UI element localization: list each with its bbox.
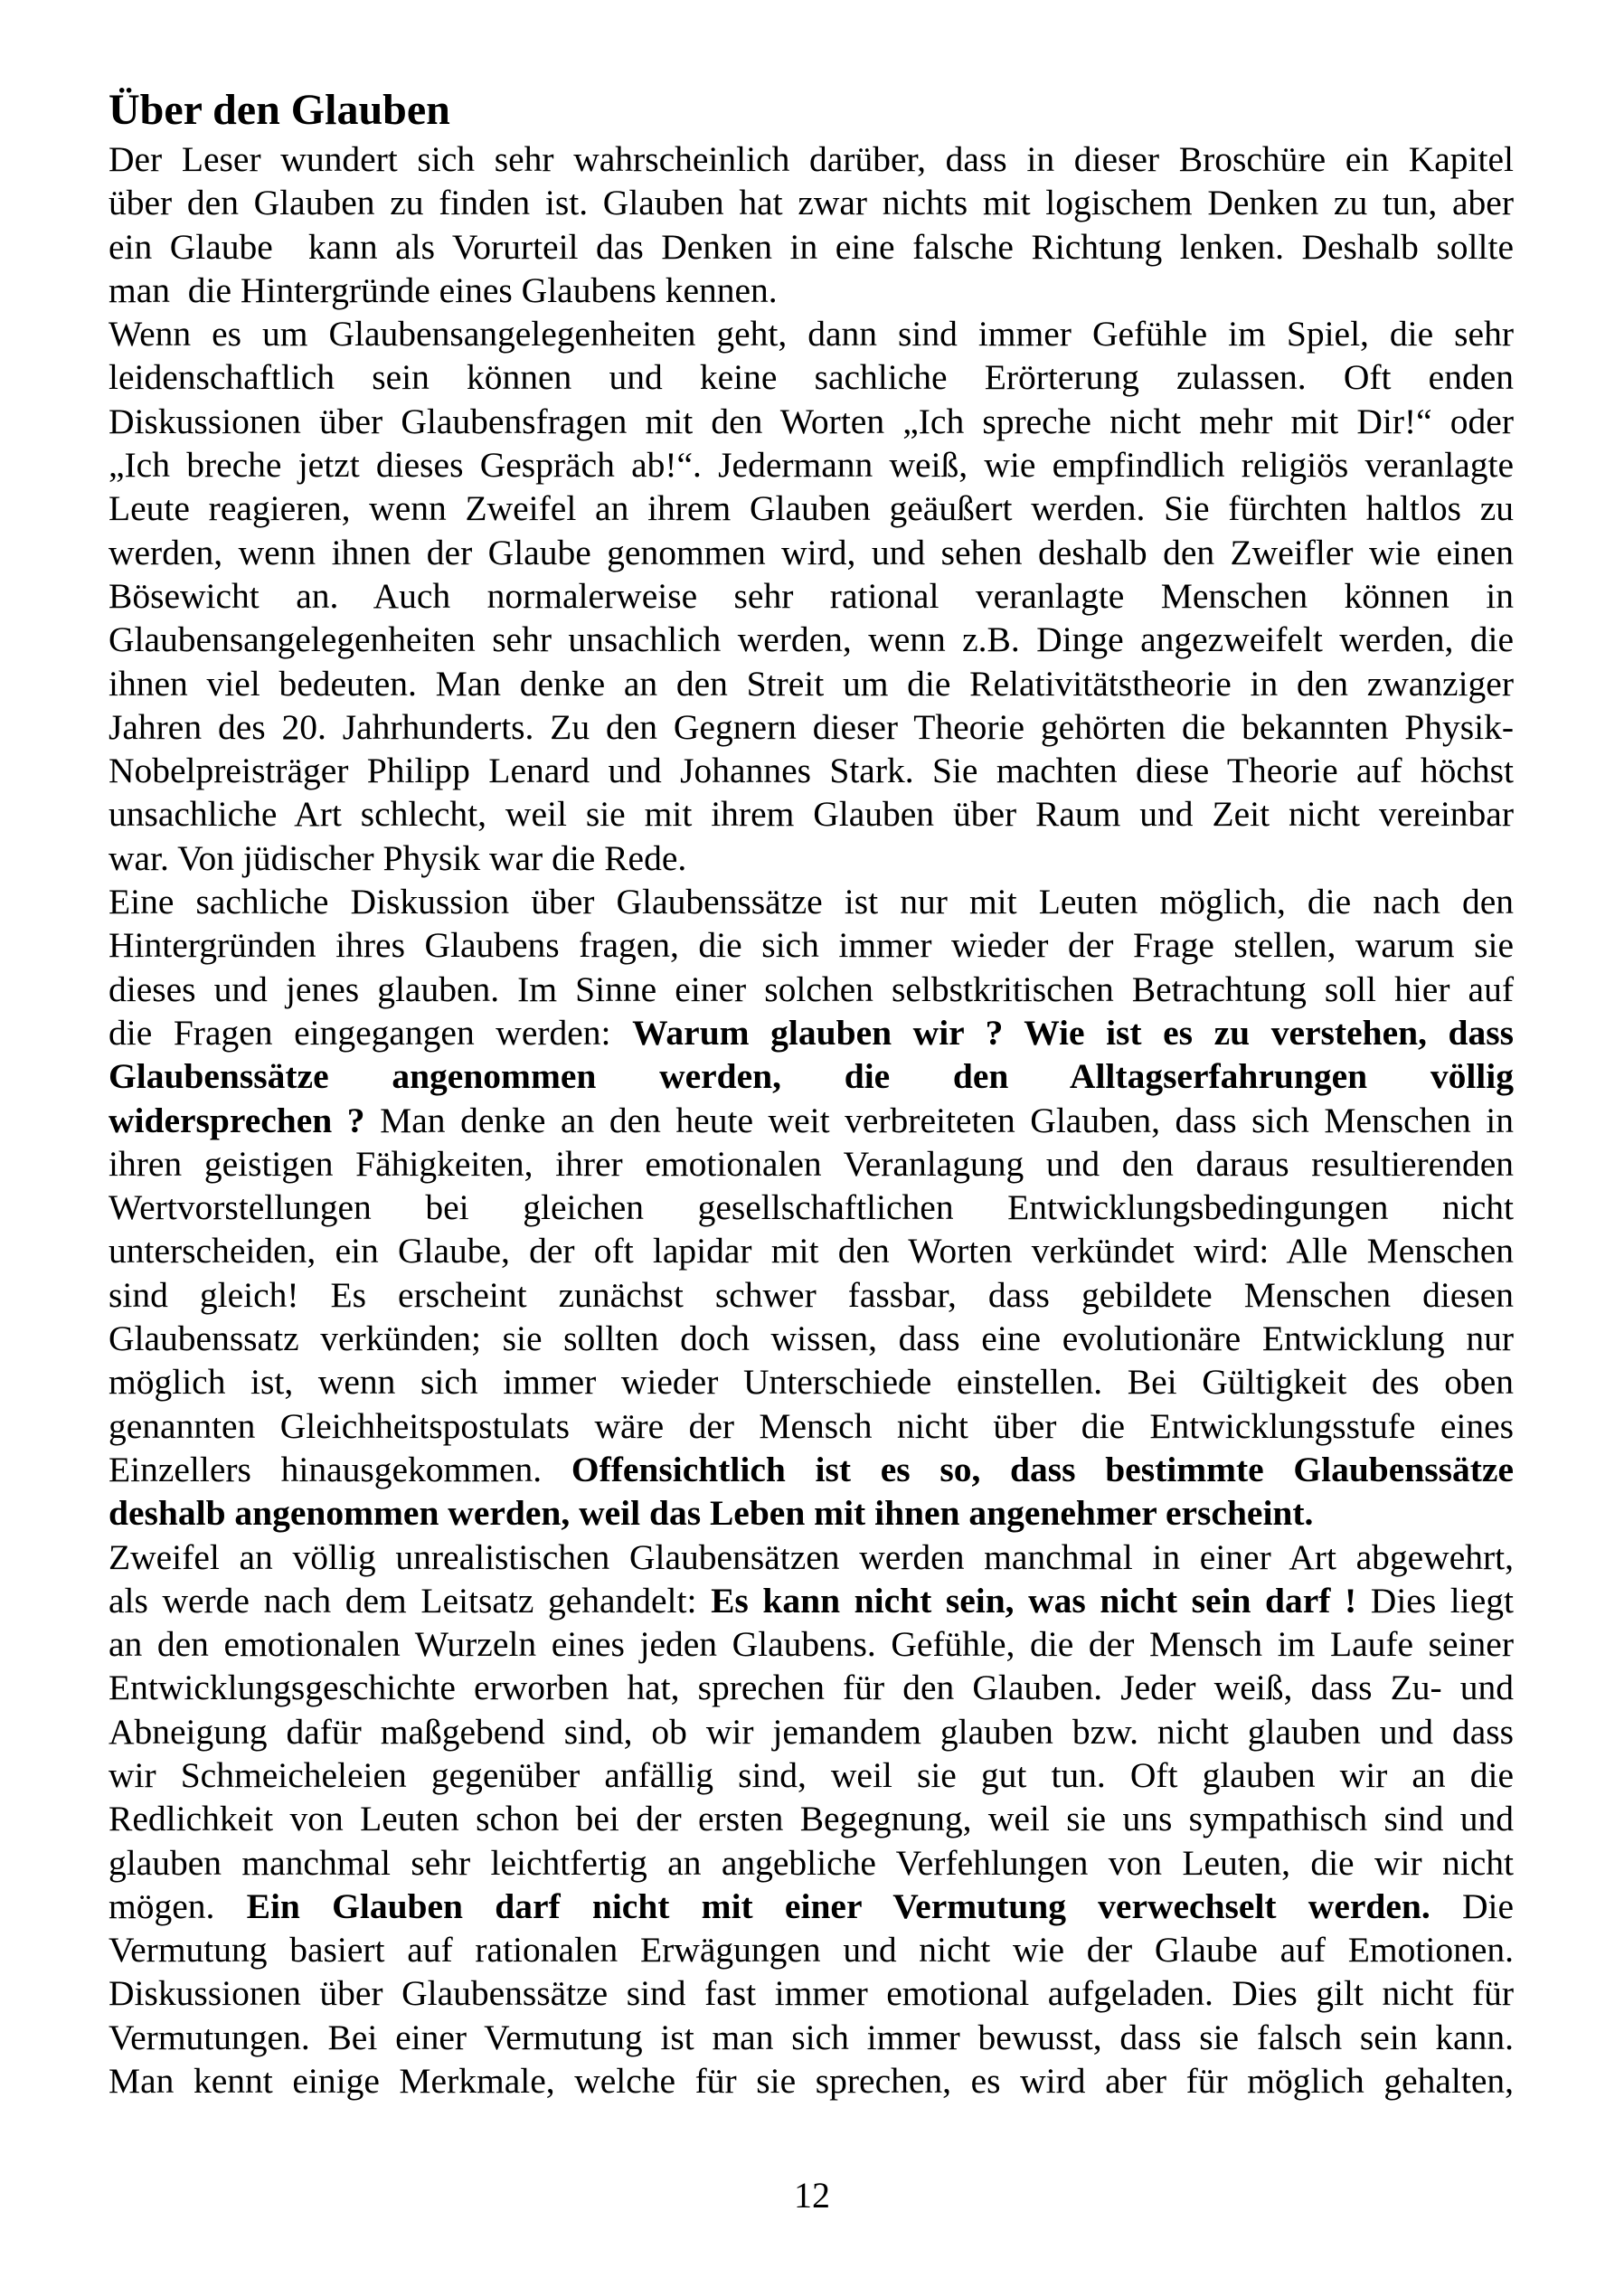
text-segment: „Ich breche jetzt dieses Gespräch ab!“. … [109, 445, 1514, 485]
text-segment: Vermutungen. Bei einer Vermutung ist man… [109, 2018, 1514, 2057]
text-line: glauben manchmal sehr leichtfertig an an… [109, 1841, 1514, 1885]
text-segment: Diskussionen über Glaubenssätze sind fas… [109, 1973, 1514, 2013]
text-line: ihnen viel bedeuten. Man denke an den St… [109, 662, 1514, 705]
text-line: unterscheiden, ein Glaube, der oft lapid… [109, 1229, 1514, 1272]
text-segment: dieses und jenes glauben. Im Sinne einer… [109, 969, 1514, 1009]
text-segment: Vermutung basiert auf rationalen Erwägun… [109, 1930, 1514, 1970]
text-segment: leidenschaftlich sein können und keine s… [109, 357, 1514, 397]
text-segment: Bösewicht an. Auch normalerweise sehr ra… [109, 576, 1514, 616]
text-line: Wertvorstellungen bei gleichen gesellsch… [109, 1186, 1514, 1229]
text-segment: Abneigung dafür maßgebend sind, ob wir j… [109, 1712, 1514, 1752]
text-segment: Entwicklungsgeschichte erworben hat, spr… [109, 1668, 1514, 1707]
page-title: Über den Glauben [109, 83, 450, 137]
text-segment: Nobelpreisträger Philipp Lenard und Joha… [109, 751, 1514, 790]
text-segment: ein Glaube kann als Vorurteil das Denken… [109, 227, 1514, 267]
text-segment: sind gleich! Es erscheint zunächst schwe… [109, 1275, 1514, 1315]
text-line: sind gleich! Es erscheint zunächst schwe… [109, 1273, 1514, 1317]
text-line: unsachliche Art schlecht, weil sie mit i… [109, 792, 1514, 836]
text-line: Vermutung basiert auf rationalen Erwägun… [109, 1928, 1514, 1971]
text-line: ein Glaube kann als Vorurteil das Denken… [109, 225, 1514, 269]
text-line: war. Von jüdischer Physik war die Rede. [109, 836, 1514, 880]
text-line: mögen. Ein Glauben darf nicht mit einer … [109, 1885, 1514, 1928]
text-segment: Glaubenssatz verkünden; sie sollten doch… [109, 1318, 1514, 1358]
text-line: an den emotionalen Wurzeln eines jeden G… [109, 1622, 1514, 1666]
text-line: Man kennt einige Merkmale, welche für si… [109, 2059, 1514, 2103]
text-line: Nobelpreisträger Philipp Lenard und Joha… [109, 749, 1514, 792]
text-segment: die Fragen eingegangen werden: [109, 1013, 632, 1053]
text-line: Redlichkeit von Leuten schon bei der ers… [109, 1797, 1514, 1840]
text-line: möglich ist, wenn sich immer wieder Unte… [109, 1360, 1514, 1403]
text-line: Diskussionen über Glaubenssätze sind fas… [109, 1971, 1514, 2015]
text-segment: Eine sachliche Diskussion über Glaubenss… [109, 882, 1514, 921]
text-segment: möglich ist, wenn sich immer wieder Unte… [109, 1362, 1514, 1402]
text-line: Wenn es um Glaubensangelegenheiten geht,… [109, 312, 1514, 355]
text-line: Vermutungen. Bei einer Vermutung ist man… [109, 2016, 1514, 2059]
text-segment: als werde nach dem Leitsatz gehandelt: [109, 1581, 711, 1621]
text-line: Jahren des 20. Jahrhunderts. Zu den Gegn… [109, 705, 1514, 749]
text-line: wir Schmeicheleien gegenüber anfällig si… [109, 1753, 1514, 1797]
text-line: Glaubensangelegenheiten sehr unsachlich … [109, 618, 1514, 661]
body-text: Der Leser wundert sich sehr wahrscheinli… [109, 137, 1514, 2103]
text-segment: ihren geistigen Fähigkeiten, ihrer emoti… [109, 1144, 1514, 1184]
text-segment: Hintergründen ihres Glaubens fragen, die… [109, 925, 1514, 965]
text-segment: mögen. [109, 1886, 247, 1926]
text-segment: genannten Gleichheitspostulats wäre der … [109, 1406, 1514, 1446]
text-line: Abneigung dafür maßgebend sind, ob wir j… [109, 1710, 1514, 1753]
text-segment: war. Von jüdischer Physik war die Rede. [109, 838, 686, 878]
text-segment: Redlichkeit von Leuten schon bei der ers… [109, 1799, 1514, 1838]
text-segment: Diskussionen über Glaubensfragen mit den… [109, 402, 1514, 441]
page-number: 12 [0, 2174, 1624, 2217]
text-line: Leute reagieren, wenn Zweifel an ihrem G… [109, 487, 1514, 530]
text-segment: man die Hintergründe eines Glaubens kenn… [109, 270, 778, 310]
text-segment: Dies liegt [1356, 1581, 1514, 1621]
document-page: Über den Glauben Der Leser wundert sich … [0, 0, 1624, 2287]
text-line: widersprechen ? Man denke an den heute w… [109, 1099, 1514, 1142]
text-segment: werden, wenn ihnen der Glaube genommen w… [109, 533, 1514, 572]
bold-text: deshalb angenommen werden, weil das Lebe… [109, 1493, 1313, 1533]
text-line: als werde nach dem Leitsatz gehandelt: E… [109, 1579, 1514, 1622]
text-segment: Die [1430, 1886, 1514, 1926]
text-line: genannten Gleichheitspostulats wäre der … [109, 1404, 1514, 1448]
text-line: Glaubenssätze angenommen werden, die den… [109, 1054, 1514, 1098]
text-segment: Zweifel an völlig unrealistischen Glaube… [109, 1537, 1514, 1577]
text-segment: Jahren des 20. Jahrhunderts. Zu den Gegn… [109, 707, 1514, 747]
text-segment: Man denke an den heute weit verbreiteten… [365, 1101, 1514, 1140]
text-segment: unsachliche Art schlecht, weil sie mit i… [109, 794, 1514, 834]
text-segment: über den Glauben zu finden ist. Glauben … [109, 183, 1514, 222]
bold-text: Offensichtlich ist es so, dass bestimmte… [571, 1450, 1514, 1489]
text-segment: Man kennt einige Merkmale, welche für si… [109, 2061, 1514, 2101]
bold-text: Warum glauben wir ? Wie ist es zu verste… [632, 1013, 1514, 1053]
text-segment: Einzellers hinausgekommen. [109, 1450, 571, 1489]
text-segment: Leute reagieren, wenn Zweifel an ihrem G… [109, 488, 1514, 528]
text-segment: Wertvorstellungen bei gleichen gesellsch… [109, 1187, 1514, 1227]
text-segment: wir Schmeicheleien gegenüber anfällig si… [109, 1755, 1514, 1795]
text-line: „Ich breche jetzt dieses Gespräch ab!“. … [109, 443, 1514, 487]
text-line: Bösewicht an. Auch normalerweise sehr ra… [109, 574, 1514, 618]
text-segment: an den emotionalen Wurzeln eines jeden G… [109, 1624, 1514, 1664]
text-segment: Glaubensangelegenheiten sehr unsachlich … [109, 619, 1514, 659]
text-line: werden, wenn ihnen der Glaube genommen w… [109, 531, 1514, 574]
bold-text: Es kann nicht sein, was nicht sein darf … [711, 1581, 1356, 1621]
text-line: man die Hintergründe eines Glaubens kenn… [109, 269, 1514, 312]
text-line: Der Leser wundert sich sehr wahrscheinli… [109, 137, 1514, 181]
text-line: Glaubenssatz verkünden; sie sollten doch… [109, 1317, 1514, 1360]
text-line: leidenschaftlich sein können und keine s… [109, 355, 1514, 399]
text-segment: ihnen viel bedeuten. Man denke an den St… [109, 664, 1514, 704]
text-line: Einzellers hinausgekommen. Offensichtlic… [109, 1448, 1514, 1491]
bold-text: Ein Glauben darf nicht mit einer Vermutu… [247, 1886, 1430, 1926]
bold-text: Glaubenssätze angenommen werden, die den… [109, 1056, 1514, 1096]
text-segment: glauben manchmal sehr leichtfertig an an… [109, 1843, 1514, 1883]
text-segment: Wenn es um Glaubensangelegenheiten geht,… [109, 314, 1514, 354]
text-line: Diskussionen über Glaubensfragen mit den… [109, 400, 1514, 443]
text-line: Zweifel an völlig unrealistischen Glaube… [109, 1536, 1514, 1579]
text-line: Entwicklungsgeschichte erworben hat, spr… [109, 1666, 1514, 1709]
bold-text: widersprechen ? [109, 1101, 365, 1140]
text-segment: unterscheiden, ein Glaube, der oft lapid… [109, 1231, 1514, 1271]
text-line: Hintergründen ihres Glaubens fragen, die… [109, 923, 1514, 967]
text-line: deshalb angenommen werden, weil das Lebe… [109, 1491, 1514, 1535]
text-line: dieses und jenes glauben. Im Sinne einer… [109, 968, 1514, 1011]
text-line: die Fragen eingegangen werden: Warum gla… [109, 1011, 1514, 1054]
text-line: ihren geistigen Fähigkeiten, ihrer emoti… [109, 1142, 1514, 1186]
text-segment: Der Leser wundert sich sehr wahrscheinli… [109, 139, 1514, 179]
text-line: über den Glauben zu finden ist. Glauben … [109, 181, 1514, 224]
text-line: Eine sachliche Diskussion über Glaubenss… [109, 880, 1514, 923]
